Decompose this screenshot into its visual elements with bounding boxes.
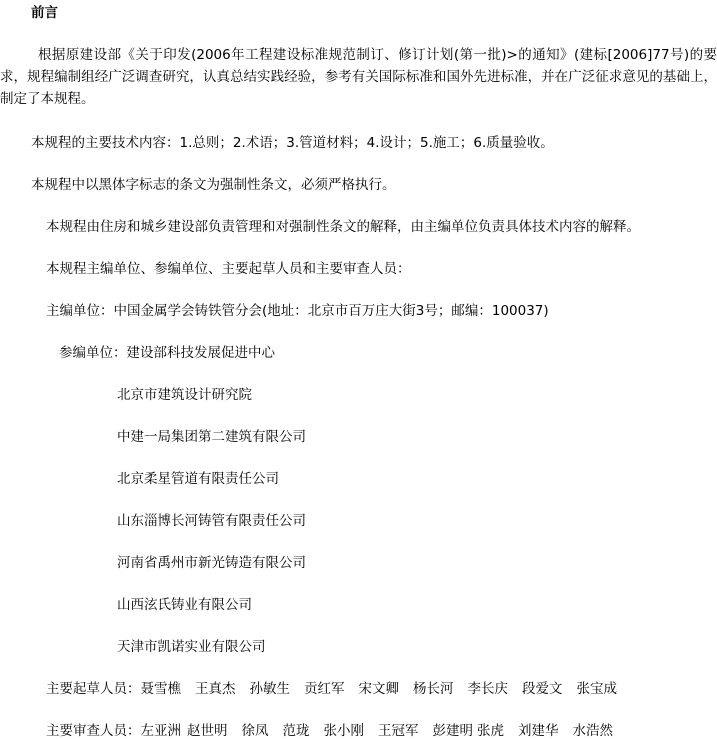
participating-unit-item: 北京市建筑设计研究院 <box>117 384 252 406</box>
reviewer-name: 刘建华 <box>518 723 559 739</box>
reviewers-label: 主要审查人员： <box>46 723 141 739</box>
participating-units-label: 参编单位：建设部科技发展促进中心 <box>59 342 275 364</box>
management-note-paragraph: 本规程由住房和城乡建设部负责管理和对强制性条文的解释，由主编单位负责具体技术内容… <box>46 216 640 238</box>
reviewers-line: 主要审查人员：左亚洲赵世明徐凤范珑张小刚王冠军彭建明张虎刘建华水浩然 <box>46 720 627 739</box>
reviewer-name: 水浩然 <box>573 723 614 739</box>
drafter-name: 段爱文 <box>522 681 563 697</box>
participating-unit-item: 山西泫氏铸业有限公司 <box>117 594 252 616</box>
reviewer-name: 张虎 <box>477 723 504 739</box>
mandatory-note-paragraph: 本规程中以黑体字标志的条文为强制性条文，必须严格执行。 <box>31 174 396 196</box>
reviewer-name: 王冠军 <box>378 723 419 739</box>
reviewer-name: 张小刚 <box>324 723 365 739</box>
participating-unit-item: 中建一局集团第二建筑有限公司 <box>117 426 306 448</box>
drafter-name: 孙敏生 <box>250 681 291 697</box>
participating-unit-item: 天津市凯诺实业有限公司 <box>117 636 266 658</box>
page-title: 前言 <box>31 2 58 24</box>
reviewer-name: 范珑 <box>283 723 310 739</box>
participating-unit-item: 北京柔星管道有限责任公司 <box>117 468 279 490</box>
drafter-name: 李长庆 <box>468 681 509 697</box>
reviewer-name: 徐凤 <box>242 723 269 739</box>
drafter-name: 杨长河 <box>413 681 454 697</box>
units-intro-paragraph: 本规程主编单位、参编单位、主要起草人员和主要审查人员： <box>46 258 411 280</box>
chief-unit-paragraph: 主编单位：中国金属学会铸铁管分会(地址：北京市百万庄大街3号；邮编：100037… <box>46 300 549 322</box>
reviewer-name: 赵世明 <box>187 723 228 739</box>
drafter-name: 聂雪樵 <box>141 681 182 697</box>
reviewer-name: 左亚洲 <box>141 723 182 739</box>
drafters-label: 主要起草人员： <box>46 681 141 697</box>
drafter-name: 宋文卿 <box>359 681 400 697</box>
main-content-paragraph: 本规程的主要技术内容：1.总则；2.术语；3.管道材料；4.设计；5.施工；6.… <box>31 132 554 154</box>
drafter-name: 张宝成 <box>577 681 618 697</box>
drafters-line: 主要起草人员：聂雪樵王真杰孙敏生贡红军宋文卿杨长河李长庆段爱文张宝成 <box>46 678 631 700</box>
participating-unit-item: 河南省禹州市新光铸造有限公司 <box>117 552 306 574</box>
drafter-name: 王真杰 <box>195 681 236 697</box>
intro-paragraph: 根据原建设部《关于印发(2006年工程建设标准规范制订、修订计划(第一批)>的通… <box>0 44 717 110</box>
reviewer-name: 彭建明 <box>433 723 474 739</box>
drafter-name: 贡红军 <box>304 681 345 697</box>
participating-unit-item: 山东淄博长河铸管有限责任公司 <box>117 510 306 532</box>
